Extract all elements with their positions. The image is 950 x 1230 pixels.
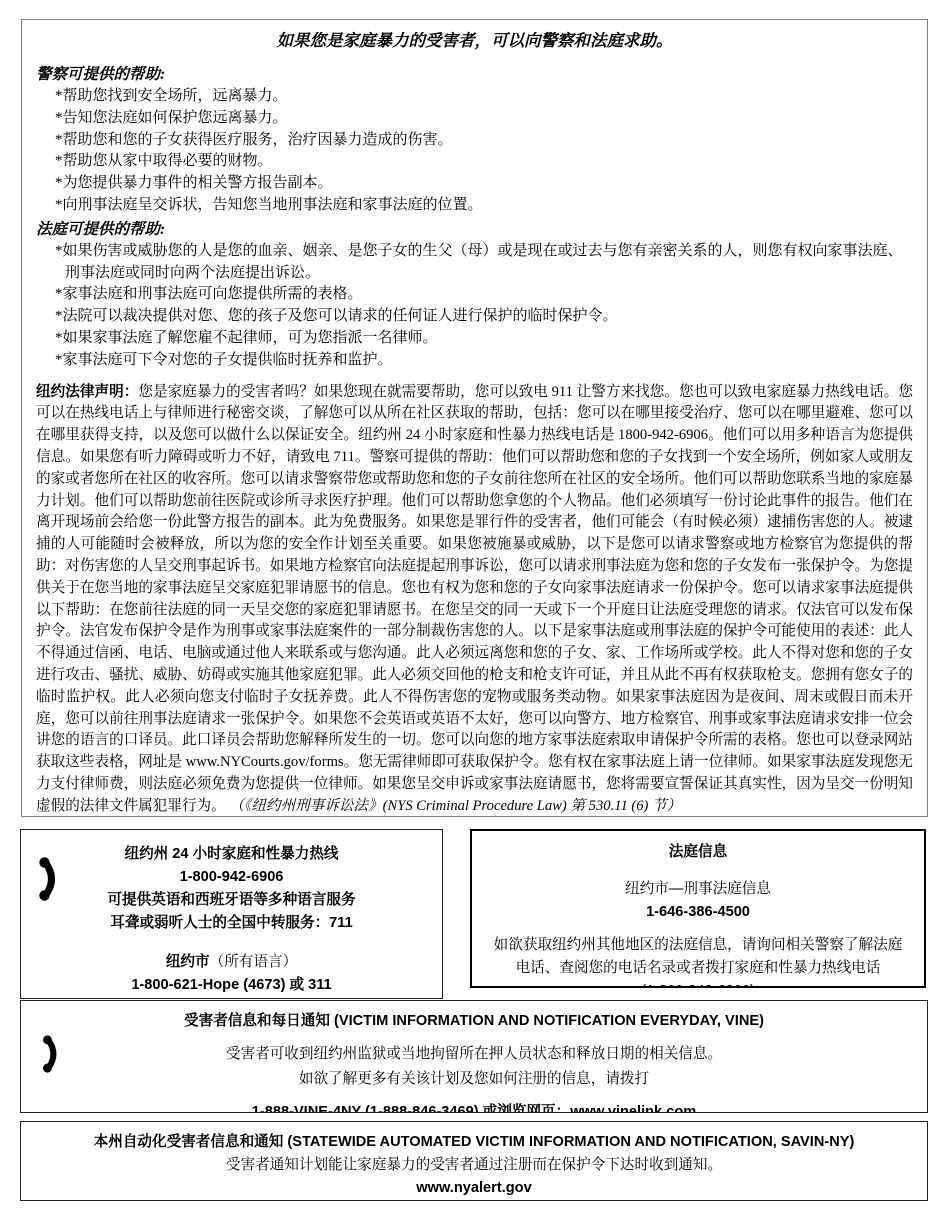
vine-line-1: 受害者可收到纽约州监狱或当地拘留所在押人员状态和释放日期的相关信息。 <box>21 1042 927 1067</box>
hotline-box: 纽约州 24 小时家庭和性暴力热线 1-800-942-6906 可提供英语和西… <box>20 829 443 999</box>
spacer <box>21 1034 927 1042</box>
page-title: 如果您是家庭暴力的受害者，可以向警察和法庭求助。 <box>36 30 913 52</box>
court-help-item-1: *如果伤害或威胁您的人是您的血亲、姻亲、是您子女的生父（母）或是现在或过去与您有… <box>36 241 913 285</box>
vine-box: 受害者信息和每日通知 (VICTIM INFORMATION AND NOTIF… <box>20 1000 928 1113</box>
court-help-item-2: *家事法庭和刑事法庭可向您提供所需的表格。 <box>36 284 913 306</box>
phone-icon <box>37 856 65 910</box>
legal-notice-paragraph: 纽约法律声明：您是家庭暴力的受害者吗？如果您现在就需要帮助，您可以致电 911 … <box>36 382 913 817</box>
police-help-item-2: *告知您法庭如何保护您远离暴力。 <box>36 108 913 130</box>
nyc-line: 纽约市（所有语言） <box>21 951 442 974</box>
savin-url: www.nyalert.gov <box>21 1177 927 1200</box>
hotline-languages: 可提供英语和西班牙语等多种语言服务 <box>21 889 442 912</box>
court-info-paragraph: 如欲获取纽约州其他地区的法庭信息，请询问相关警察了解法庭电话、查阅您的电话名录或… <box>490 934 906 980</box>
savin-box: 本州自动化受害者信息和通知 (STATEWIDE AUTOMATED VICTI… <box>20 1121 928 1201</box>
spacer <box>21 935 442 951</box>
hotline-relay-service: 耳聋或弱听人士的全国中转服务：711 <box>21 912 442 935</box>
court-help-item-5: *家事法庭可下令对您的子女提供临时抚养和监护。 <box>36 350 913 372</box>
court-info-phone-paren: (1-800-942-6906) <box>490 980 906 988</box>
vine-line-2: 如欲了解更多有关该计划及您如何注册的信息，请拨打 <box>21 1067 927 1092</box>
police-help-item-5: *为您提供暴力事件的相关警方报告副本。 <box>36 173 913 195</box>
spacer <box>21 1092 927 1100</box>
document-page: 如果您是家庭暴力的受害者，可以向警察和法庭求助。 警察可提供的帮助: *帮助您找… <box>0 0 950 1230</box>
phone-icon <box>41 1033 65 1084</box>
police-help-item-4: *帮助您从家中取得必要的财物。 <box>36 151 913 173</box>
nyc-label: 纽约市 <box>166 954 210 970</box>
legal-notice-lead: 纽约法律声明： <box>36 384 138 400</box>
court-info-box: 法庭信息 纽约市—刑事法庭信息 1-646-386-4500 如欲获取纽约州其他… <box>470 829 926 988</box>
nyc-number: 1-800-621-Hope (4673) 或 311 <box>21 974 442 997</box>
main-notice-box: 如果您是家庭暴力的受害者，可以向警察和法庭求助。 警察可提供的帮助: *帮助您找… <box>21 19 928 817</box>
police-help-item-1: *帮助您找到安全场所，远离暴力。 <box>36 86 913 108</box>
court-help-item-4: *如果家事法庭了解您雇不起律师，可为您指派一名律师。 <box>36 328 913 350</box>
legal-notice-citation: （《纽约州刑事诉讼法》(NYS Criminal Procedure Law) … <box>226 798 682 814</box>
savin-line-1: 受害者通知计划能让家庭暴力的受害者通过注册而在保护令下达时收到通知。 <box>21 1154 927 1177</box>
court-info-number: 1-646-386-4500 <box>490 901 906 924</box>
hotline-title: 纽约州 24 小时家庭和性暴力热线 <box>21 843 442 866</box>
police-help-item-6: *向刑事法庭呈交诉状，告知您当地刑事法庭和家事法庭的位置。 <box>36 195 913 217</box>
vine-phone: 1-888-VINE-4NY (1-888-846-3469) 或浏览网页：ww… <box>21 1100 927 1113</box>
nyc-paren: （所有语言） <box>210 954 298 970</box>
vine-title: 受害者信息和每日通知 (VICTIM INFORMATION AND NOTIF… <box>21 1009 927 1034</box>
court-help-heading: 法庭可提供的帮助: <box>36 219 913 241</box>
police-help-item-3: *帮助您和您的子女获得医疗服务，治疗因暴力造成的伤害。 <box>36 130 913 152</box>
savin-title: 本州自动化受害者信息和通知 (STATEWIDE AUTOMATED VICTI… <box>21 1131 927 1154</box>
hotline-number: 1-800-942-6906 <box>21 866 442 889</box>
court-help-item-3: *法院可以裁决提供对您、您的孩子及您可以请求的任何证人进行保护的临时保护令。 <box>36 306 913 328</box>
legal-notice-body: 您是家庭暴力的受害者吗？如果您现在就需要帮助，您可以致电 911 让警方来找您。… <box>36 384 913 814</box>
court-info-nyc: 纽约市—刑事法庭信息 <box>490 878 906 901</box>
spacer <box>490 864 906 878</box>
spacer <box>490 924 906 934</box>
police-help-heading: 警察可提供的帮助: <box>36 64 913 86</box>
court-info-heading: 法庭信息 <box>490 841 906 864</box>
